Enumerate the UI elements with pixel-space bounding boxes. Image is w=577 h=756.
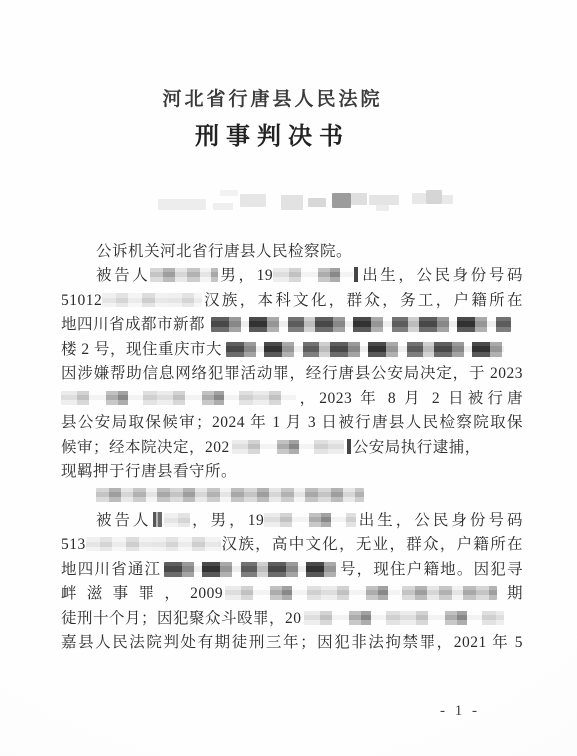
- redaction-cell: [369, 195, 399, 205]
- text-segment: 51012: [61, 292, 102, 309]
- redaction-block: [304, 611, 504, 625]
- text-segment: 候审；经本院决定，202: [61, 439, 230, 456]
- text-segment: 汉族，本科文化，群众，务工，户籍所在: [202, 292, 523, 309]
- redaction-cell: [412, 193, 426, 204]
- document-title: 刑事判决书: [0, 116, 545, 151]
- redaction-cell: [351, 193, 367, 205]
- text-segment: ，男，19: [190, 512, 265, 529]
- text-segment: 期: [497, 585, 523, 602]
- redaction-block: [264, 513, 356, 527]
- redaction-block: [150, 268, 218, 282]
- line-d2-rec1: 衅滋事罪，2009期: [61, 582, 523, 606]
- redaction-block: [61, 391, 296, 405]
- text-segment: 因涉嫌帮助信息网络犯罪活动罪，经行唐县公安局决定，于 2023: [61, 365, 523, 382]
- text-segment: 出生，公民身份号码: [360, 267, 523, 284]
- line-d1-case5: 现羁押于行唐县看守所。: [61, 460, 523, 484]
- redaction-block: [226, 342, 504, 357]
- redaction-block: [86, 537, 221, 551]
- line-d1-case2: ，2023 年 8 月 2 日被行唐: [61, 387, 523, 411]
- redaction-cell: [332, 193, 351, 208]
- line-d2-id: 513汉族，高中文化，无业，群众，户籍所在: [61, 533, 523, 557]
- text-segment: 地四川省通江: [61, 561, 161, 578]
- redaction-block: [232, 440, 344, 454]
- case-number-redaction: [150, 187, 455, 217]
- line-d1-case1: 因涉嫌帮助信息网络犯罪活动罪，经行唐县公安局决定，于 2023: [61, 362, 523, 386]
- redaction-cell: [220, 190, 238, 196]
- text-segment: 楼 2 号，现住重庆市大: [61, 341, 222, 358]
- line-d1-addr2: 楼 2 号，现住重庆市大: [61, 338, 523, 362]
- redaction-cell: [213, 203, 233, 210]
- text-segment: 衅滋事罪，2009: [61, 585, 223, 602]
- text-segment: 嘉县人民法院判处有期徒刑三年；因犯非法拘禁罪，2021 年 5: [61, 634, 523, 651]
- redaction-block: [402, 586, 497, 600]
- court-name: 河北省行唐县人民法院: [0, 84, 545, 111]
- redaction-cell: [376, 205, 389, 211]
- text-segment: 被告人: [96, 512, 152, 529]
- text-segment: ，2023 年 8 月 2 日被行唐: [296, 390, 523, 407]
- redaction-cell: [240, 194, 266, 207]
- redaction-cell: [442, 195, 453, 204]
- text-segment: 513: [61, 536, 86, 553]
- text-segment: 出生，公民身份号码: [356, 512, 523, 529]
- text-segment: 汉族，高中文化，无业，群众，户籍所在: [221, 536, 523, 553]
- line-prosecution: 公诉机关河北省行唐县人民检察院。: [61, 240, 523, 264]
- page-number: - 1 -: [428, 703, 492, 720]
- redaction-remnant: [347, 439, 351, 454]
- text-segment: 县公安局取保候审；2024 年 1 月 3 日被行唐县人民检察院取保: [61, 414, 523, 431]
- redaction-block: [164, 513, 190, 527]
- text-segment: 被告人: [96, 267, 150, 284]
- line-d1-id: 51012汉族，本科文化，群众，务工，户籍所在: [61, 289, 523, 313]
- redaction-block: [273, 268, 353, 282]
- text-segment: 公诉机关河北省行唐县人民检察院。: [96, 243, 352, 260]
- redaction-remnant: [354, 267, 358, 282]
- redaction-block: [211, 317, 511, 332]
- redaction-cell: [308, 198, 326, 207]
- text-segment: 号，现住户籍地。因犯寻: [339, 561, 523, 578]
- text-segment: 男，19: [218, 267, 273, 284]
- line-counsel-redacted: [61, 484, 523, 508]
- scanned-judgment-page: 河北省行唐县人民法院 刑事判决书 公诉机关河北省行唐县人民检察院。 被告人男，1…: [0, 0, 577, 756]
- text-segment: 地四川省成都市新都: [61, 316, 205, 333]
- line-d2-intro: 被告人，男，19出生，公民身份号码: [61, 509, 523, 533]
- redaction-cell: [281, 195, 303, 210]
- line-d1-intro: 被告人男，19出生，公民身份号码: [61, 264, 523, 288]
- redaction-block: [102, 293, 202, 307]
- text-segment: 公安局执行逮捕，: [353, 439, 481, 456]
- line-d2-rec2: 徒刑十个月；因犯聚众斗殴罪，20: [61, 607, 523, 631]
- line-d2-addr: 地四川省通江号，现住户籍地。因犯寻: [61, 558, 523, 582]
- redaction-block: [96, 488, 364, 502]
- redaction-cell: [158, 199, 206, 210]
- text-segment: 徒刑十个月；因犯聚众斗殴罪，20: [61, 610, 302, 627]
- line-d1-case3: 县公安局取保候审；2024 年 1 月 3 日被行唐县人民检察院取保: [61, 411, 523, 435]
- redaction-block: [164, 562, 336, 577]
- line-d1-addr1: 地四川省成都市新都: [61, 313, 523, 337]
- line-d2-rec3: 嘉县人民法院判处有期徒刑三年；因犯非法拘禁罪，2021 年 5: [61, 631, 523, 655]
- line-d1-case4: 候审；经本院决定，202公安局执行逮捕，: [61, 436, 523, 460]
- judgment-body: 公诉机关河北省行唐县人民检察院。 被告人男，19出生，公民身份号码 51012汉…: [61, 240, 523, 655]
- text-segment: 现羁押于行唐县看守所。: [61, 463, 237, 480]
- redaction-remnant: [153, 512, 162, 527]
- redaction-cell: [426, 190, 442, 204]
- redaction-block: [225, 586, 400, 600]
